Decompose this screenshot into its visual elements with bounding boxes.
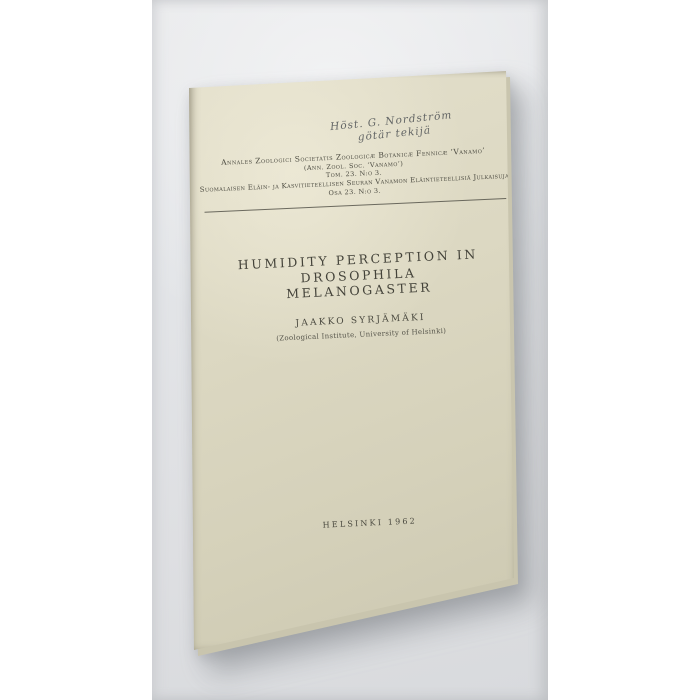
photo-backdrop: Höst. G. Nordström götär tekijä Annales … [152,0,548,700]
cover-page: Höst. G. Nordström götär tekijä Annales … [195,80,530,649]
series-header: Annales Zoologici Societatis Zoologicæ B… [198,145,510,203]
handwritten-dedication: Höst. G. Nordström götär tekijä [296,106,488,150]
front-cover: Höst. G. Nordström götär tekijä Annales … [189,71,515,651]
imprint-city-year: HELSINKI 1962 [215,512,525,535]
product-photo: Höst. G. Nordström götär tekijä Annales … [0,0,700,700]
paper-title: HUMIDITY PERCEPTION IN DROSOPHILA MELANO… [203,245,515,306]
booklet: Höst. G. Nordström götär tekijä Annales … [189,71,515,651]
